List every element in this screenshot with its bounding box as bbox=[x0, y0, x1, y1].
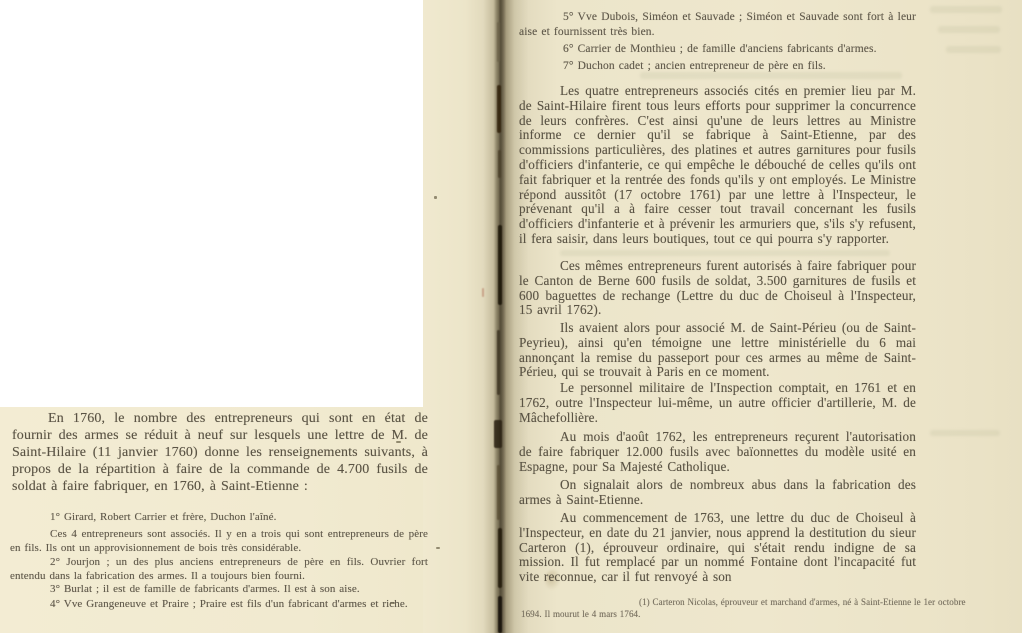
list-item-7: 7° Duchon cadet ; ancien entrepreneur de… bbox=[519, 59, 916, 74]
paragraph-abus-fabrication: On signalait alors de nombreux abus dans… bbox=[519, 478, 916, 508]
show-through-mark bbox=[930, 430, 1000, 436]
spine-ink-mark bbox=[498, 596, 502, 633]
spine-ink-mark bbox=[498, 150, 501, 178]
paragraph-personnel-inspection: Le personnel militaire de l'Inspection c… bbox=[519, 381, 916, 425]
spine-ink-mark bbox=[497, 330, 500, 395]
list-item-5: 5° Vve Dubois, Siméon et Sauvade ; Siméo… bbox=[519, 10, 916, 40]
show-through-mark bbox=[560, 250, 890, 256]
book-scan-spread: En 1760, le nombre des entrepreneurs qui… bbox=[0, 0, 1022, 633]
show-through-mark bbox=[946, 46, 1001, 53]
show-through-mark bbox=[938, 26, 1000, 33]
spine-ink-mark bbox=[498, 528, 502, 588]
spine-ink-mark bbox=[497, 465, 500, 520]
spine-ink-mark bbox=[497, 22, 500, 62]
spine-ink-mark bbox=[498, 225, 502, 305]
list-item-4: 4° Vve Grangeneuve et Praire ; Praire es… bbox=[10, 598, 428, 612]
spine-ink-mark bbox=[494, 420, 502, 448]
paragraph-saint-perieu: Ils avaient alors pour associé M. de Sai… bbox=[519, 321, 916, 380]
paragraph-espagne-fusils: Au mois d'août 1762, les entrepreneurs r… bbox=[519, 430, 916, 474]
paper-speck bbox=[434, 196, 437, 199]
left-page-intro-paragraph: En 1760, le nombre des entrepreneurs qui… bbox=[12, 410, 428, 495]
paragraph-entrepreneurs-efforts: Les quatre entrepreneurs associés cités … bbox=[519, 84, 916, 247]
paragraph-destitution-carteron: Au commencement de 1763, une lettre du d… bbox=[519, 511, 916, 585]
list-item-1-note: Ces 4 entrepreneurs sont associés. Il y … bbox=[10, 528, 428, 556]
show-through-mark bbox=[930, 6, 1002, 13]
list-item-6: 6° Carrier de Monthieu ; de famille d'an… bbox=[519, 42, 916, 57]
footnote-carteron: (1) Carteron Nicolas, éprouveur et march… bbox=[521, 597, 974, 620]
left-page-gutter-strip bbox=[423, 0, 500, 633]
list-item-2: 2° Jourjon ; un des plus anciens entrepr… bbox=[10, 556, 428, 584]
paper-speck bbox=[436, 547, 440, 549]
spine-red-fiber bbox=[482, 288, 484, 297]
book-spine bbox=[494, 0, 506, 633]
spine-ink-mark bbox=[497, 85, 501, 133]
list-item-1: 1° Girard, Robert Carrier et frère, Duch… bbox=[10, 511, 428, 525]
paragraph-canton-de-berne: Ces mêmes entrepreneurs furent autorisés… bbox=[519, 259, 916, 318]
list-item-3: 3° Burlat ; il est de famille de fabrica… bbox=[10, 583, 428, 597]
